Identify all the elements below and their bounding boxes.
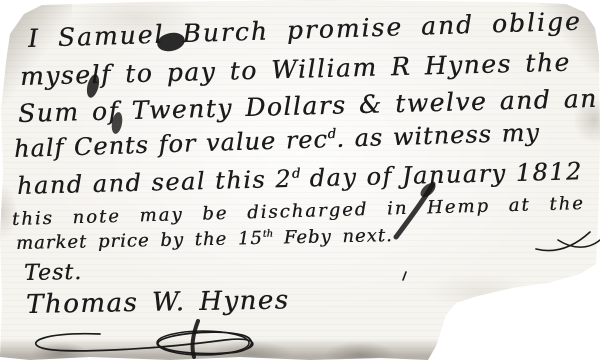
attestation-label: Test. — [24, 260, 83, 286]
note-line-7: market price by the 15th Feby next. — [16, 225, 393, 254]
torn-edge-bottom — [0, 338, 442, 360]
torn-corner-top-left — [0, 0, 72, 112]
note-line-4-text-cont: . as witness my — [336, 118, 540, 152]
note-line-2: myself to pay to William R Hynes the — [20, 48, 571, 91]
note-line-7-text: market price by the 15 — [16, 228, 263, 254]
note-line-1: I Samuel Burch promise and oblige — [28, 7, 583, 53]
attestation-text: Test. — [24, 260, 83, 286]
note-line-2-text: myself to pay to William R Hynes the — [20, 48, 571, 91]
note-line-4-text: half Cents for value rec — [14, 125, 329, 163]
note-line-5-text: hand and seal this 2 — [17, 165, 293, 200]
note-line-5: hand and seal this 2d day of January 181… — [17, 157, 583, 200]
paper: I Samuel Burch promise and oblige myself… — [0, 0, 600, 360]
signature-text: Thomas W. Hynes — [26, 285, 290, 320]
note-line-1-text: I Samuel Burch promise and oblige — [28, 7, 583, 53]
note-line-6-text: this note may be discharged in Hemp at t… — [12, 193, 585, 230]
document-scan: I Samuel Burch promise and oblige myself… — [0, 0, 600, 360]
signature: Thomas W. Hynes — [26, 285, 290, 320]
note-line-7-text-cont: Feby next. — [273, 225, 393, 249]
superscript-th: th — [263, 229, 274, 240]
note-line-6: this note may be discharged in Hemp at t… — [12, 193, 585, 230]
superscript-d: d — [292, 167, 301, 182]
note-line-5-text-cont: day of January 1812 — [300, 157, 583, 192]
